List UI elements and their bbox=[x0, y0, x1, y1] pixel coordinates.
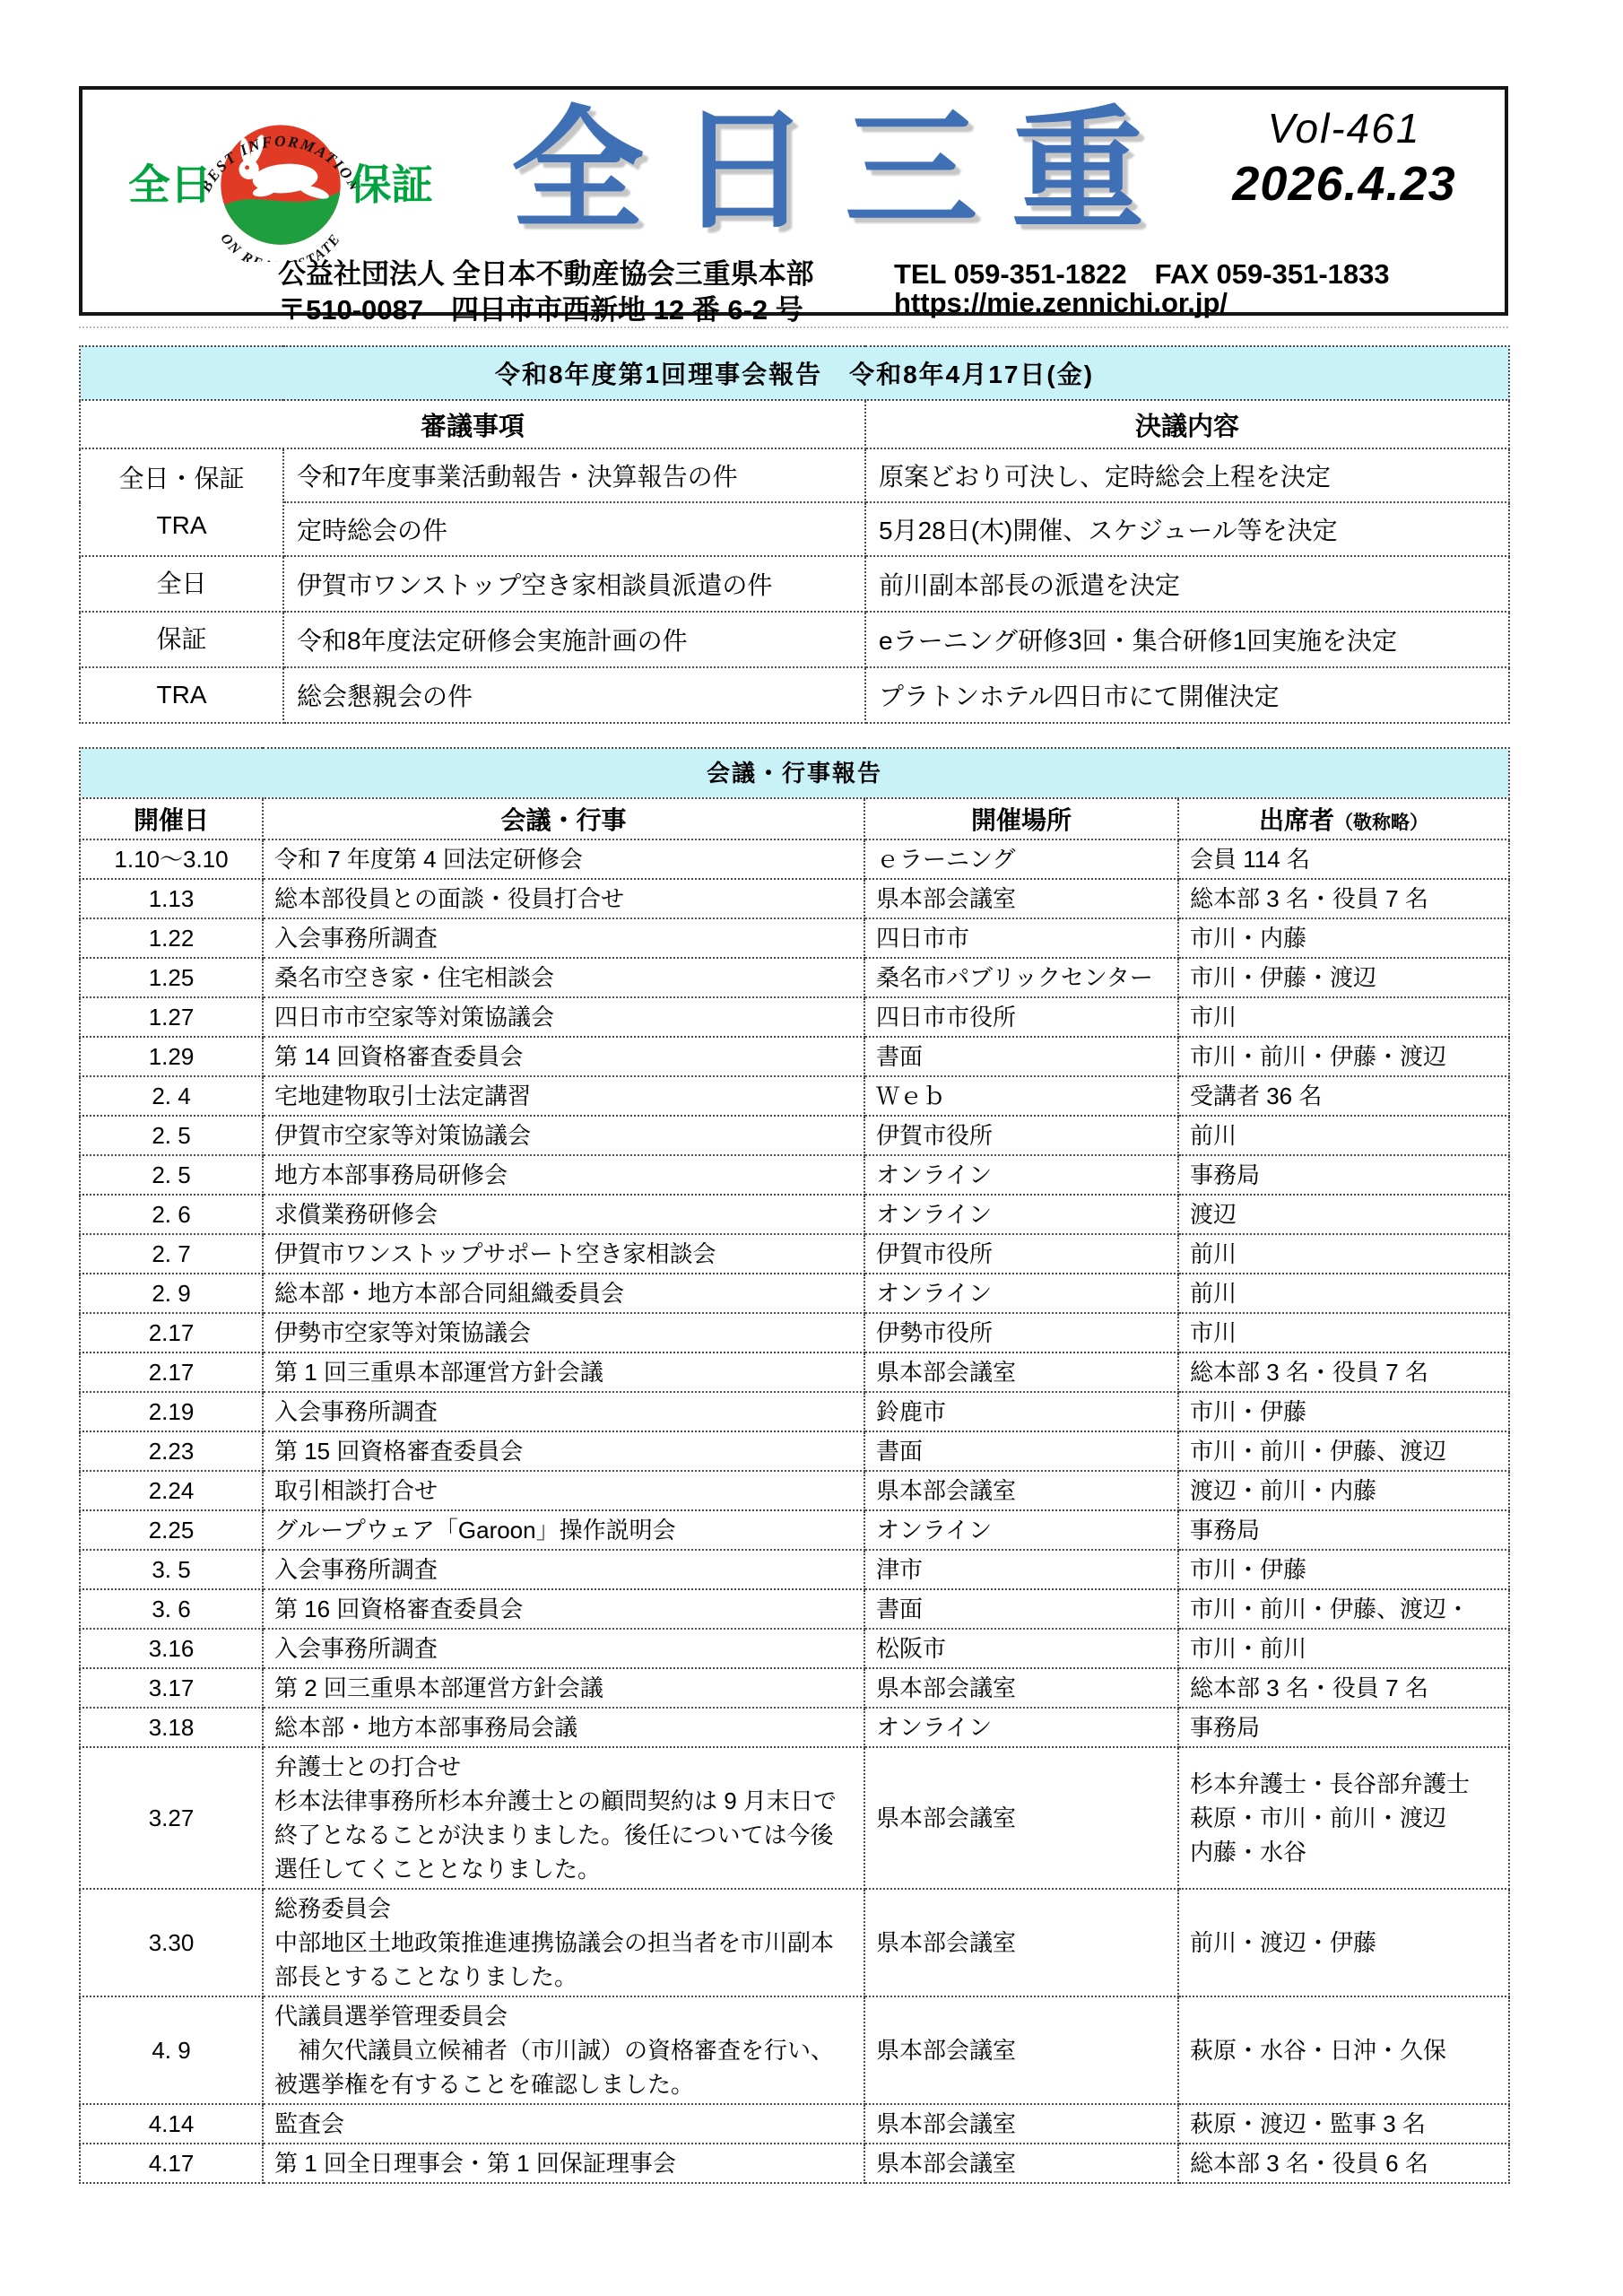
table-row: 3.16 入会事務所調査 松阪市 市川・前川 bbox=[80, 1629, 1509, 1668]
event-name-cell: 弁護士との打合せ 杉本法律事務所杉本弁護士との顧問契約は 9 月末日で 終了とな… bbox=[263, 1747, 864, 1889]
event-date-cell: 1.29 bbox=[80, 1037, 263, 1076]
table-row: 4.14 監査会 県本部会議室 萩原・渡辺・監事 3 名 bbox=[80, 2104, 1509, 2144]
table-row: 2.24 取引相談打合せ 県本部会議室 渡辺・前川・内藤 bbox=[80, 1471, 1509, 1510]
agenda-cell: 伊賀市ワンストップ空き家相談員派遣の件 bbox=[283, 556, 865, 612]
event-attendees-cell: 前川 bbox=[1178, 1274, 1509, 1313]
decision-cell: eラーニング研修3回・集合研修1回実施を決定 bbox=[865, 612, 1509, 667]
event-attendees-cell: 総本部 3 名・役員 6 名 bbox=[1178, 2144, 1509, 2183]
event-attendees-cell: 事務局 bbox=[1178, 1155, 1509, 1195]
event-date-cell: 3. 6 bbox=[80, 1589, 263, 1629]
event-attendees-cell: 渡辺・前川・内藤 bbox=[1178, 1471, 1509, 1510]
col-place: 開催場所 bbox=[864, 798, 1178, 839]
col-event: 会議・行事 bbox=[263, 798, 864, 839]
events-report-title-row: 会議・行事報告 bbox=[80, 748, 1509, 798]
event-name-cell: 入会事務所調査 bbox=[263, 918, 864, 958]
event-name-cell: 第 2 回三重県本部運営方針会議 bbox=[263, 1668, 864, 1708]
agenda-cell: 総会懇親会の件 bbox=[283, 667, 865, 723]
table-row: 2. 9 総本部・地方本部合同組織委員会 オンライン 前川 bbox=[80, 1274, 1509, 1313]
event-attendees-cell: 事務局 bbox=[1178, 1708, 1509, 1747]
event-attendees-cell: 受講者 36 名 bbox=[1178, 1076, 1509, 1116]
event-date-cell: 2. 5 bbox=[80, 1155, 263, 1195]
table-row: 2.25 グループウェア「Garoon」操作説明会 オンライン 事務局 bbox=[80, 1510, 1509, 1550]
table-row: 2. 4 宅地建物取引士法定講習 Ｗｅｂ 受講者 36 名 bbox=[80, 1076, 1509, 1116]
event-name-cell: 入会事務所調査 bbox=[263, 1392, 864, 1431]
col-attendees: 出席者（敬称略） bbox=[1178, 798, 1509, 839]
decision-cell: プラトンホテル四日市にて開催決定 bbox=[865, 667, 1509, 723]
event-name-cell: 総本部・地方本部合同組織委員会 bbox=[263, 1274, 864, 1313]
event-place-cell: 県本部会議室 bbox=[864, 879, 1178, 918]
table-row: 3.17 第 2 回三重県本部運営方針会議 県本部会議室 総本部 3 名・役員 … bbox=[80, 1668, 1509, 1708]
event-date-cell: 2. 9 bbox=[80, 1274, 263, 1313]
table-row: 全日 伊賀市ワンストップ空き家相談員派遣の件 前川副本部長の派遣を決定 bbox=[80, 556, 1509, 612]
event-place-cell: 桑名市パブリックセンター bbox=[864, 958, 1178, 997]
agenda-cell: 定時総会の件 bbox=[283, 502, 865, 556]
volume-number: Vol-461 bbox=[1205, 104, 1483, 152]
event-name-cell: 第 14 回資格審査委員会 bbox=[263, 1037, 864, 1076]
event-name-cell: 総本部・地方本部事務局会議 bbox=[263, 1708, 864, 1747]
event-place-cell: ｅラーニング bbox=[864, 839, 1178, 879]
event-attendees-cell: 萩原・渡辺・監事 3 名 bbox=[1178, 2104, 1509, 2144]
website-url: https://mie.zennichi.or.jp/ bbox=[894, 287, 1228, 319]
table-row: 3.18 総本部・地方本部事務局会議 オンライン 事務局 bbox=[80, 1708, 1509, 1747]
event-attendees-cell: 前川 bbox=[1178, 1116, 1509, 1155]
event-place-cell: 伊賀市役所 bbox=[864, 1234, 1178, 1274]
table-row: 1.29 第 14 回資格審査委員会 書面 市川・前川・伊藤・渡辺 bbox=[80, 1037, 1509, 1076]
decision-cell: 原案どおり可決し、定時総会上程を決定 bbox=[865, 448, 1509, 502]
issue-info: Vol-461 2026.4.23 bbox=[1205, 104, 1483, 212]
event-place-cell: 県本部会議室 bbox=[864, 2144, 1178, 2183]
event-attendees-cell: 総本部 3 名・役員 7 名 bbox=[1178, 879, 1509, 918]
event-date-cell: 2.25 bbox=[80, 1510, 263, 1550]
event-name-cell: 地方本部事務局研修会 bbox=[263, 1155, 864, 1195]
newsletter-title: 全日三重 bbox=[441, 95, 1248, 248]
event-place-cell: 伊賀市役所 bbox=[864, 1116, 1178, 1155]
table-row: 3.27 弁護士との打合せ 杉本法律事務所杉本弁護士との顧問契約は 9 月末日で… bbox=[80, 1747, 1509, 1889]
tel-fax: TEL 059-351-1822 FAX 059-351-1833 bbox=[894, 251, 1390, 291]
table-row: 4. 9 代議員選挙管理委員会 補欠代議員立候補者（市川誠）の資格審査を行い、 … bbox=[80, 1996, 1509, 2104]
table-row: 1.22 入会事務所調査 四日市市 市川・内藤 bbox=[80, 918, 1509, 958]
col-agenda: 審議事項 bbox=[80, 400, 865, 448]
event-attendees-cell: 総本部 3 名・役員 7 名 bbox=[1178, 1352, 1509, 1392]
table-row: 3.30 総務委員会 中部地区土地政策推進連携協議会の担当者を市川副本 部長とす… bbox=[80, 1889, 1509, 1996]
event-date-cell: 4.14 bbox=[80, 2104, 263, 2144]
events-report-table: 会議・行事報告 開催日 会議・行事 開催場所 出席者（敬称略） 1.10～3.1… bbox=[79, 747, 1510, 2184]
event-date-cell: 2.17 bbox=[80, 1313, 263, 1352]
rabbit-logo-icon: BEST INFORMATION ON REAL ESTATE 全日 保証 bbox=[124, 99, 438, 262]
event-attendees-cell: 市川・伊藤 bbox=[1178, 1392, 1509, 1431]
event-date-cell: 3.16 bbox=[80, 1629, 263, 1668]
table-row: 1.10～3.10 令和 7 年度第 4 回法定研修会 ｅラーニング 会員 11… bbox=[80, 839, 1509, 879]
table-row: 2.17 伊勢市空家等対策協議会 伊勢市役所 市川 bbox=[80, 1313, 1509, 1352]
event-place-cell: オンライン bbox=[864, 1274, 1178, 1313]
agenda-cell: 令和8年度法定研修会実施計画の件 bbox=[283, 612, 865, 667]
logo-hosho-text: 保証 bbox=[350, 161, 433, 208]
org-cell: TRA bbox=[80, 667, 283, 723]
event-date-cell: 1.22 bbox=[80, 918, 263, 958]
event-place-cell: 県本部会議室 bbox=[864, 1471, 1178, 1510]
event-date-cell: 1.25 bbox=[80, 958, 263, 997]
table-row: 全日・保証 TRA 令和7年度事業活動報告・決算報告の件 原案どおり可決し、定時… bbox=[80, 448, 1509, 502]
event-place-cell: 県本部会議室 bbox=[864, 1996, 1178, 2104]
event-place-cell: 鈴鹿市 bbox=[864, 1392, 1178, 1431]
event-date-cell: 2. 4 bbox=[80, 1076, 263, 1116]
organization-name: 公益社団法人 全日本不動産協会三重県本部 bbox=[278, 251, 814, 291]
event-name-cell: グループウェア「Garoon」操作説明会 bbox=[263, 1510, 864, 1550]
events-report-header-row: 開催日 会議・行事 開催場所 出席者（敬称略） bbox=[80, 798, 1509, 839]
table-row: 2. 5 地方本部事務局研修会 オンライン 事務局 bbox=[80, 1155, 1509, 1195]
table-row: 2. 6 求償業務研修会 オンライン 渡辺 bbox=[80, 1195, 1509, 1234]
table-row: 1.13 総本部役員との面談・役員打合せ 県本部会議室 総本部 3 名・役員 7… bbox=[80, 879, 1509, 918]
newsletter-header: BEST INFORMATION ON REAL ESTATE 全日 保証 全日… bbox=[79, 86, 1508, 316]
event-name-cell: 第 1 回全日理事会・第 1 回保証理事会 bbox=[263, 2144, 864, 2183]
event-place-cell: 伊勢市役所 bbox=[864, 1313, 1178, 1352]
table-row: 保証 令和8年度法定研修会実施計画の件 eラーニング研修3回・集合研修1回実施を… bbox=[80, 612, 1509, 667]
event-place-cell: 松阪市 bbox=[864, 1629, 1178, 1668]
event-name-cell: 入会事務所調査 bbox=[263, 1629, 864, 1668]
org-cell: 全日・保証 TRA bbox=[80, 448, 283, 556]
decision-cell: 前川副本部長の派遣を決定 bbox=[865, 556, 1509, 612]
event-attendees-cell: 市川 bbox=[1178, 1313, 1509, 1352]
event-attendees-cell: 市川・伊藤 bbox=[1178, 1550, 1509, 1589]
col-date: 開催日 bbox=[80, 798, 263, 839]
event-date-cell: 2. 5 bbox=[80, 1116, 263, 1155]
divider-line bbox=[79, 326, 1508, 328]
event-attendees-cell: 会員 114 名 bbox=[1178, 839, 1509, 879]
event-name-cell: 入会事務所調査 bbox=[263, 1550, 864, 1589]
zennichi-hosho-logo: BEST INFORMATION ON REAL ESTATE 全日 保証 bbox=[124, 99, 438, 262]
event-attendees-cell: 萩原・水谷・日沖・久保 bbox=[1178, 1996, 1509, 2104]
event-attendees-cell: 杉本弁護士・長谷部弁護士 萩原・市川・前川・渡辺 内藤・水谷 bbox=[1178, 1747, 1509, 1889]
table-row: 4.17 第 1 回全日理事会・第 1 回保証理事会 県本部会議室 総本部 3 … bbox=[80, 2144, 1509, 2183]
event-name-cell: 総務委員会 中部地区土地政策推進連携協議会の担当者を市川副本 部長とすることなり… bbox=[263, 1889, 864, 1996]
board-report-table: 令和8年度第1回理事会報告 令和8年4月17日(金) 審議事項 決議内容 全日・… bbox=[79, 345, 1510, 724]
event-place-cell: 四日市市 bbox=[864, 918, 1178, 958]
event-date-cell: 1.13 bbox=[80, 879, 263, 918]
issue-date: 2026.4.23 bbox=[1205, 156, 1483, 212]
col-decision: 決議内容 bbox=[865, 400, 1509, 448]
event-name-cell: 代議員選挙管理委員会 補欠代議員立候補者（市川誠）の資格審査を行い、 被選挙権を… bbox=[263, 1996, 864, 2104]
event-place-cell: オンライン bbox=[864, 1195, 1178, 1234]
event-place-cell: 書面 bbox=[864, 1589, 1178, 1629]
table-row: 2.23 第 15 回資格審査委員会 書面 市川・前川・伊藤、渡辺 bbox=[80, 1431, 1509, 1471]
event-date-cell: 3.30 bbox=[80, 1889, 263, 1996]
table-row: 3. 6 第 16 回資格審査委員会 書面 市川・前川・伊藤、渡辺・ bbox=[80, 1589, 1509, 1629]
event-place-cell: 県本部会議室 bbox=[864, 1352, 1178, 1392]
event-date-cell: 1.27 bbox=[80, 997, 263, 1037]
event-name-cell: 第 16 回資格審査委員会 bbox=[263, 1589, 864, 1629]
event-date-cell: 3.18 bbox=[80, 1708, 263, 1747]
org-cell: 保証 bbox=[80, 612, 283, 667]
event-place-cell: オンライン bbox=[864, 1510, 1178, 1550]
event-attendees-cell: 前川 bbox=[1178, 1234, 1509, 1274]
event-name-cell: 令和 7 年度第 4 回法定研修会 bbox=[263, 839, 864, 879]
table-row: 2. 7 伊賀市ワンストップサポート空き家相談会 伊賀市役所 前川 bbox=[80, 1234, 1509, 1274]
event-date-cell: 2. 7 bbox=[80, 1234, 263, 1274]
event-date-cell: 4.17 bbox=[80, 2144, 263, 2183]
event-place-cell: 津市 bbox=[864, 1550, 1178, 1589]
event-attendees-cell: 市川・前川・伊藤、渡辺・ bbox=[1178, 1589, 1509, 1629]
event-attendees-cell: 市川 bbox=[1178, 997, 1509, 1037]
event-name-cell: 求償業務研修会 bbox=[263, 1195, 864, 1234]
table-row: 2.19 入会事務所調査 鈴鹿市 市川・伊藤 bbox=[80, 1392, 1509, 1431]
event-place-cell: オンライン bbox=[864, 1155, 1178, 1195]
event-place-cell: 書面 bbox=[864, 1431, 1178, 1471]
agenda-cell: 令和7年度事業活動報告・決算報告の件 bbox=[283, 448, 865, 502]
event-attendees-cell: 市川・前川・伊藤・渡辺 bbox=[1178, 1037, 1509, 1076]
board-report-title: 令和8年度第1回理事会報告 令和8年4月17日(金) bbox=[80, 346, 1509, 400]
event-place-cell: 県本部会議室 bbox=[864, 1889, 1178, 1996]
event-attendees-cell: 総本部 3 名・役員 7 名 bbox=[1178, 1668, 1509, 1708]
event-place-cell: 書面 bbox=[864, 1037, 1178, 1076]
event-date-cell: 3. 5 bbox=[80, 1550, 263, 1589]
event-date-cell: 2. 6 bbox=[80, 1195, 263, 1234]
table-row: 2. 5 伊賀市空家等対策協議会 伊賀市役所 前川 bbox=[80, 1116, 1509, 1155]
org-cell: 全日 bbox=[80, 556, 283, 612]
event-place-cell: Ｗｅｂ bbox=[864, 1076, 1178, 1116]
event-name-cell: 取引相談打合せ bbox=[263, 1471, 864, 1510]
event-place-cell: 県本部会議室 bbox=[864, 1747, 1178, 1889]
event-name-cell: 宅地建物取引士法定講習 bbox=[263, 1076, 864, 1116]
attendee-note: （敬称略） bbox=[1334, 813, 1428, 833]
table-row: 2.17 第 1 回三重県本部運営方針会議 県本部会議室 総本部 3 名・役員 … bbox=[80, 1352, 1509, 1392]
event-name-cell: 伊勢市空家等対策協議会 bbox=[263, 1313, 864, 1352]
table-row: 3. 5 入会事務所調査 津市 市川・伊藤 bbox=[80, 1550, 1509, 1589]
event-attendees-cell: 事務局 bbox=[1178, 1510, 1509, 1550]
events-report-title: 会議・行事報告 bbox=[80, 748, 1509, 798]
event-date-cell: 2.24 bbox=[80, 1471, 263, 1510]
board-report-title-row: 令和8年度第1回理事会報告 令和8年4月17日(金) bbox=[80, 346, 1509, 400]
event-date-cell: 1.10～3.10 bbox=[80, 839, 263, 879]
event-name-cell: 桑名市空き家・住宅相談会 bbox=[263, 958, 864, 997]
table-row: 定時総会の件 5月28日(木)開催、スケジュール等を決定 bbox=[80, 502, 1509, 556]
table-row: TRA 総会懇親会の件 プラトンホテル四日市にて開催決定 bbox=[80, 667, 1509, 723]
event-attendees-cell: 市川・内藤 bbox=[1178, 918, 1509, 958]
organization-address: 〒510-0087 四日市市西新地 12 番 6-2 号 bbox=[278, 287, 803, 327]
event-name-cell: 総本部役員との面談・役員打合せ bbox=[263, 879, 864, 918]
event-date-cell: 3.27 bbox=[80, 1747, 263, 1889]
event-attendees-cell: 渡辺 bbox=[1178, 1195, 1509, 1234]
rabbit-eye bbox=[245, 165, 249, 170]
event-date-cell: 3.17 bbox=[80, 1668, 263, 1708]
event-place-cell: オンライン bbox=[864, 1708, 1178, 1747]
event-name-cell: 監査会 bbox=[263, 2104, 864, 2144]
table-row: 1.25 桑名市空き家・住宅相談会 桑名市パブリックセンター 市川・伊藤・渡辺 bbox=[80, 958, 1509, 997]
event-place-cell: 県本部会議室 bbox=[864, 2104, 1178, 2144]
event-date-cell: 2.17 bbox=[80, 1352, 263, 1392]
board-report-header-row: 審議事項 決議内容 bbox=[80, 400, 1509, 448]
event-attendees-cell: 市川・前川 bbox=[1178, 1629, 1509, 1668]
event-name-cell: 第 15 回資格審査委員会 bbox=[263, 1431, 864, 1471]
event-attendees-cell: 市川・前川・伊藤、渡辺 bbox=[1178, 1431, 1509, 1471]
event-name-cell: 伊賀市ワンストップサポート空き家相談会 bbox=[263, 1234, 864, 1274]
event-date-cell: 2.19 bbox=[80, 1392, 263, 1431]
event-name-cell: 第 1 回三重県本部運営方針会議 bbox=[263, 1352, 864, 1392]
event-date-cell: 4. 9 bbox=[80, 1996, 263, 2104]
event-attendees-cell: 前川・渡辺・伊藤 bbox=[1178, 1889, 1509, 1996]
event-place-cell: 四日市市役所 bbox=[864, 997, 1178, 1037]
event-name-cell: 四日市市空家等対策協議会 bbox=[263, 997, 864, 1037]
event-name-cell: 伊賀市空家等対策協議会 bbox=[263, 1116, 864, 1155]
decision-cell: 5月28日(木)開催、スケジュール等を決定 bbox=[865, 502, 1509, 556]
event-attendees-cell: 市川・伊藤・渡辺 bbox=[1178, 958, 1509, 997]
table-row: 1.27 四日市市空家等対策協議会 四日市市役所 市川 bbox=[80, 997, 1509, 1037]
logo-zennichi-text: 全日 bbox=[128, 161, 212, 208]
event-place-cell: 県本部会議室 bbox=[864, 1668, 1178, 1708]
event-date-cell: 2.23 bbox=[80, 1431, 263, 1471]
